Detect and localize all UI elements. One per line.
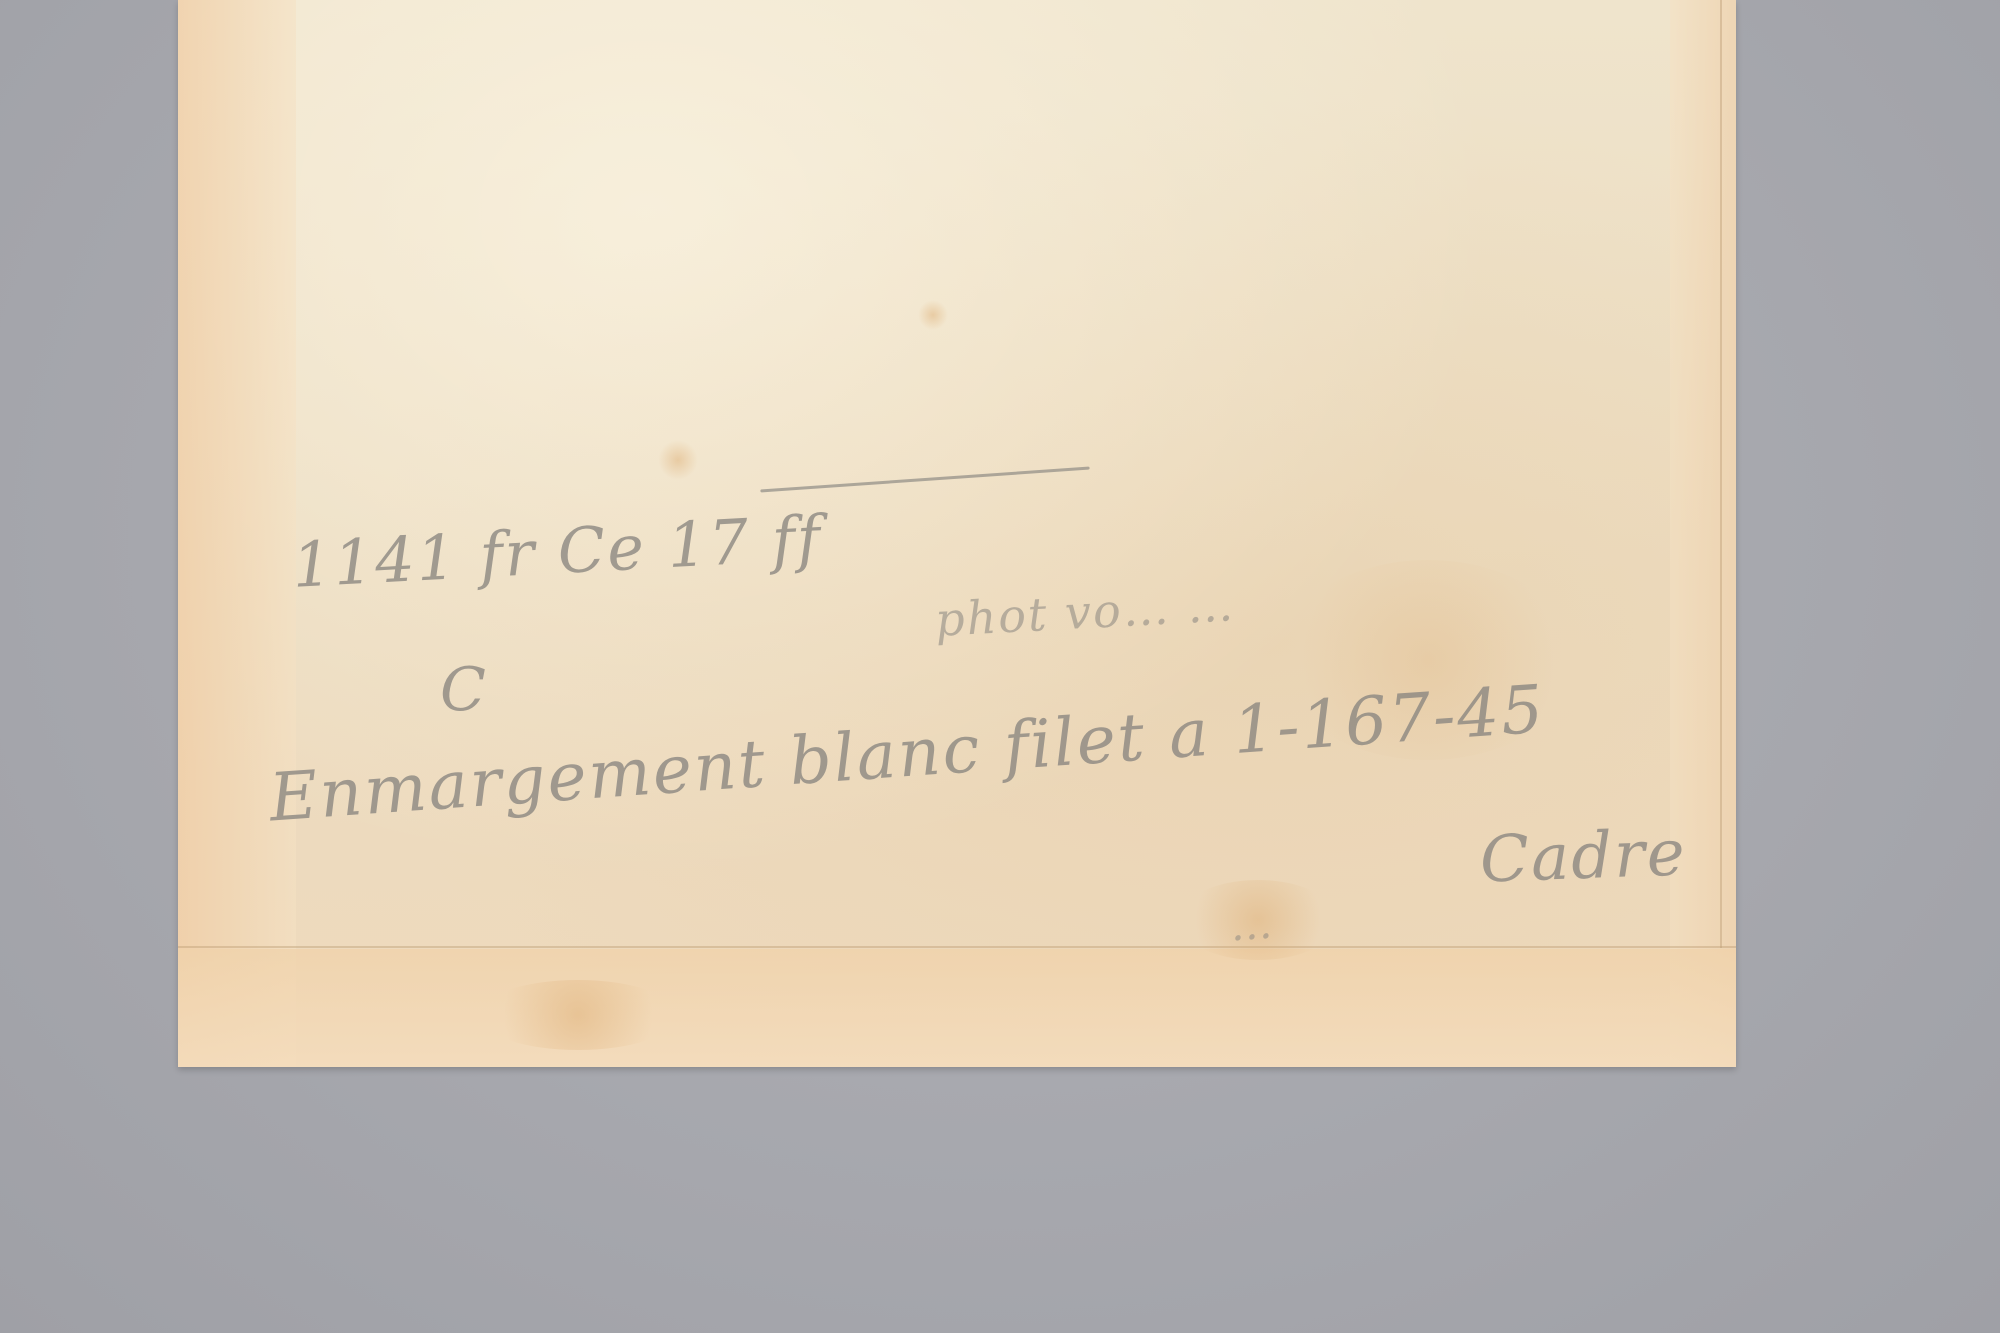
paper-bottom-margin: [178, 949, 1736, 1067]
paper-fold-line-vertical: [1720, 0, 1722, 948]
foxing-stain: [918, 300, 948, 330]
paper-left-margin: [178, 0, 296, 1067]
foxing-stain: [658, 440, 698, 480]
paper-fold-line-horizontal: [178, 946, 1736, 948]
pencil-inscription-line6: …: [1228, 899, 1275, 951]
pencil-inscription-cadre: Cadre: [1479, 816, 1688, 897]
foxing-stain: [478, 980, 678, 1050]
pencil-mark-c: C: [440, 655, 488, 725]
paper-right-margin: [1670, 0, 1736, 1067]
